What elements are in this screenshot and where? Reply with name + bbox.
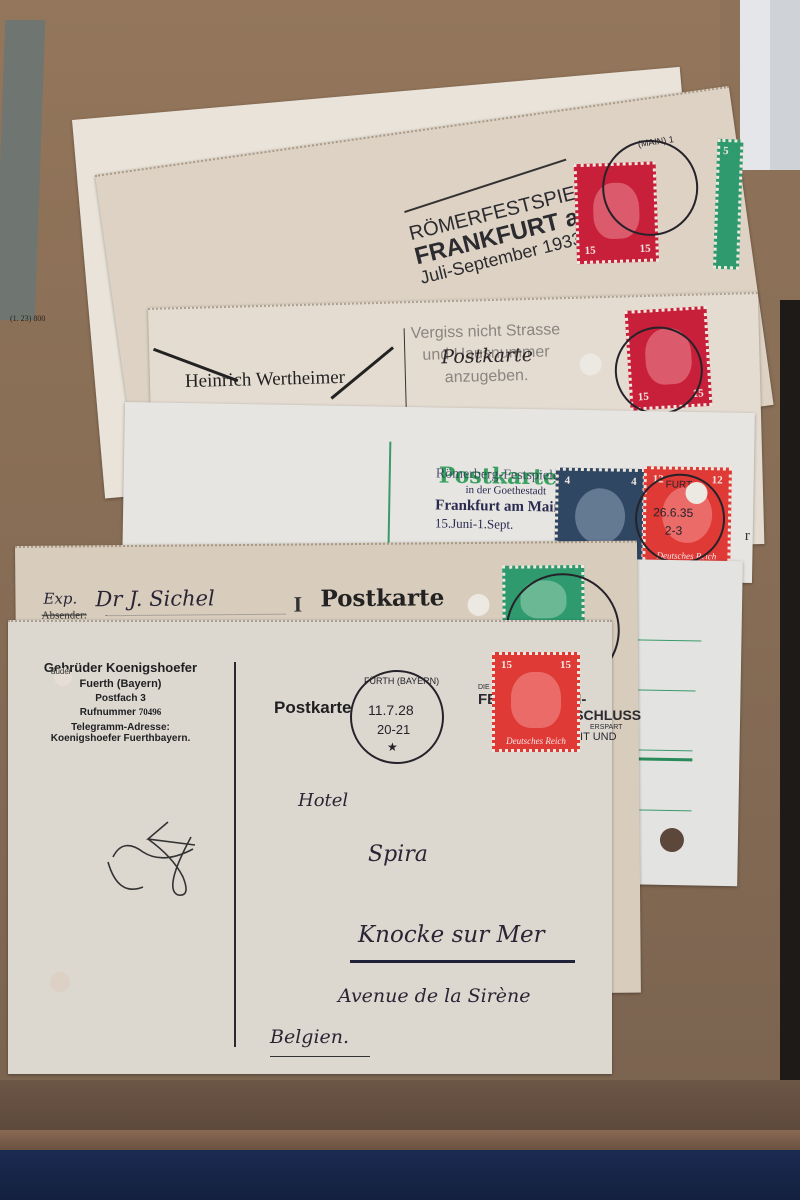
portrait bbox=[511, 672, 560, 728]
box-shadow-right bbox=[780, 300, 800, 1100]
sender-name: Dr J. Sichel bbox=[95, 586, 214, 611]
stamp-value: 15 bbox=[501, 659, 512, 671]
phone-line: Rufnummer 70496 bbox=[8, 707, 233, 718]
slogan-line: anzugeben. bbox=[412, 364, 562, 390]
postmark-text: (MAIN) 1 bbox=[637, 134, 674, 149]
company-city: Fuerth (Bayern) bbox=[8, 678, 233, 690]
punch-hole bbox=[660, 828, 684, 852]
postmark-fuerth: FÜRTH (BAYERN) 11.7.28 20-21 ★ bbox=[350, 670, 444, 764]
phone-number: 70496 bbox=[139, 707, 162, 717]
portrait bbox=[574, 488, 625, 545]
phone-label: Rufnummer bbox=[80, 707, 136, 718]
stamp-value: 4 bbox=[565, 475, 571, 487]
address-label-fragment: r bbox=[745, 528, 750, 545]
company-name: Gebrüder Koenigshoefer bbox=[8, 660, 233, 675]
stamp-value: 12 bbox=[712, 474, 723, 486]
stamp-value: 15 bbox=[584, 245, 595, 257]
telegram-label: Telegramm-Adresse: bbox=[8, 722, 233, 733]
divider-line bbox=[234, 662, 236, 1047]
postmark-time: 2-3 bbox=[665, 523, 683, 537]
stamp-value: 5 bbox=[723, 145, 729, 157]
punch-hole bbox=[467, 594, 489, 616]
box-edge bbox=[0, 1130, 800, 1150]
blue-cloth-surface bbox=[0, 1150, 800, 1200]
address-line-1: Hotel bbox=[298, 790, 348, 811]
punch-hole bbox=[50, 972, 70, 992]
postcard-koenigshoefer: Gebrüder Koenigshoefer Fuerth (Bayern) P… bbox=[8, 620, 612, 1074]
country-underline bbox=[270, 1056, 370, 1057]
stamp-value: 4 bbox=[631, 476, 637, 488]
po-box: Postfach 3 bbox=[8, 693, 233, 704]
white-paper-right-shadow bbox=[770, 0, 800, 170]
address-line-4: Avenue de la Sirène bbox=[338, 985, 530, 1007]
address-line-5: Belgien. bbox=[270, 1026, 349, 1048]
stamp-value: 15 bbox=[639, 243, 650, 255]
postmark-date: 11.7.28 bbox=[368, 702, 414, 718]
signature-scribble bbox=[103, 817, 223, 907]
slogan-cancel: Römerberg-Festspiele in der Goethestadt … bbox=[435, 465, 563, 533]
stamp-value: 15 bbox=[560, 659, 571, 671]
address-line-2: Spira bbox=[368, 842, 428, 867]
postmark-star: ★ bbox=[387, 740, 398, 754]
stamp-label: Deutsches Reich bbox=[497, 736, 575, 746]
stamp-green-partial: 5 bbox=[713, 139, 744, 270]
postmark-time: 20-21 bbox=[377, 722, 410, 737]
box-label: (1. 23) 800 bbox=[10, 314, 45, 323]
postmark-date: 26.6.35 bbox=[653, 505, 693, 520]
divider-line bbox=[404, 328, 407, 408]
address-line-3: Knocke sur Mer bbox=[358, 922, 545, 948]
stamp-hindenburg-15: 15 15 Deutsches Reich bbox=[492, 652, 580, 752]
sender-label: Exp. bbox=[43, 589, 77, 607]
telegram-address: Koenigshoefer Fuerthbayern. bbox=[8, 733, 233, 744]
slogan-line: Frankfurt am Main bbox=[435, 497, 562, 518]
postkarte-title: Postkarte bbox=[274, 698, 351, 718]
postkarte-title: Postkarte bbox=[320, 584, 444, 612]
overprint-fragment: äuder bbox=[51, 667, 71, 676]
sender-block: Gebrüder Koenigshoefer Fuerth (Bayern) P… bbox=[8, 660, 233, 744]
slogan-line: Römerberg-Festspiele bbox=[436, 465, 563, 485]
roman-numeral: I bbox=[293, 591, 302, 617]
postkarte-title: Postkarte bbox=[441, 344, 533, 368]
slogan-line: 15.Juni-1.Sept. bbox=[435, 515, 562, 533]
address-underline bbox=[350, 960, 575, 963]
sender-dotted-line bbox=[106, 614, 286, 617]
postmark-text: FÜRTH (BAYERN) bbox=[364, 676, 439, 686]
punch-hole bbox=[579, 353, 602, 376]
